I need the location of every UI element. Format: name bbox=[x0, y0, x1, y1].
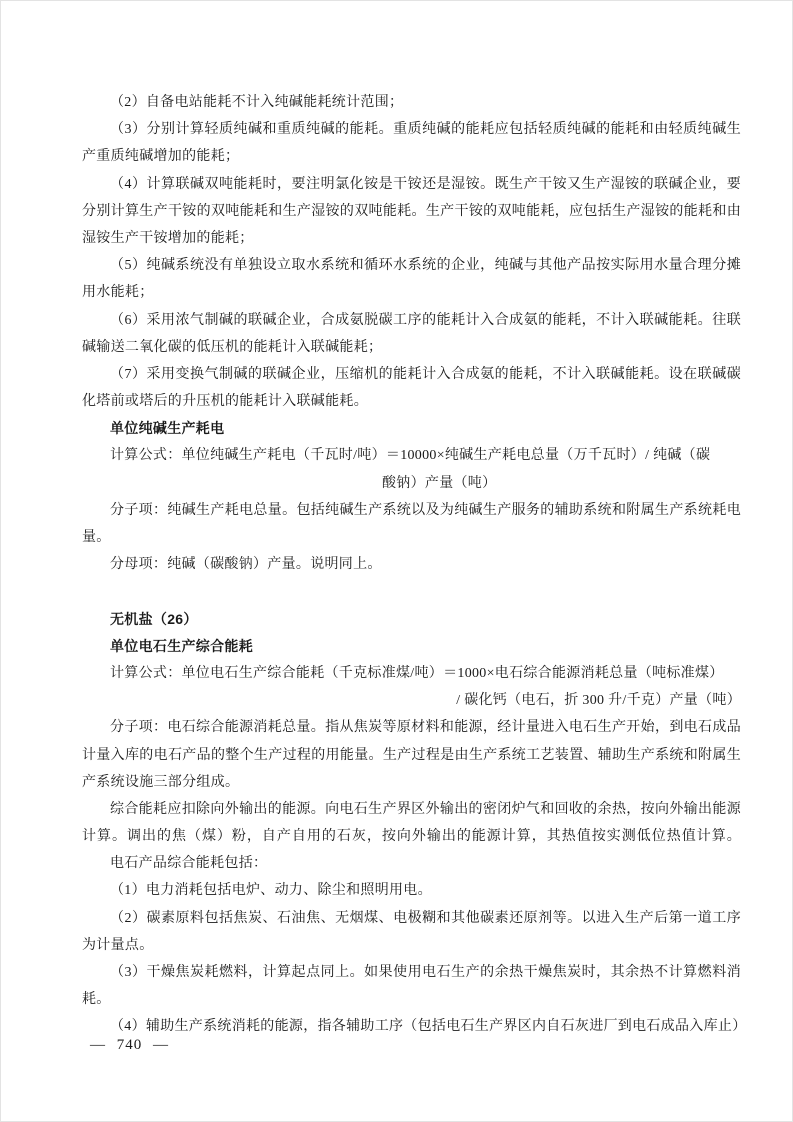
blank-line bbox=[82, 578, 741, 605]
text-line: （5）纯碱系统没有单独设立取水系统和循环水系统的企业，纯碱与其他产品按实际用水量… bbox=[82, 252, 741, 279]
text-line: 耗。 bbox=[82, 986, 741, 1013]
text-line: 产重质纯碱增加的能耗； bbox=[82, 143, 741, 170]
text-line: 计算公式：单位电石生产综合能耗（千克标准煤/吨）＝1000×电石综合能源消耗总量… bbox=[82, 660, 741, 687]
text-line: 分别计算生产干铵的双吨能耗和生产湿铵的双吨能耗。生产干铵的双吨能耗，应包括生产湿… bbox=[82, 198, 741, 225]
text-line: 计量入库的电石产品的整个生产过程的用能量。生产过程是由生产系统工艺装置、辅助生产… bbox=[82, 742, 741, 769]
text-line: 分母项：纯碱（碳酸钠）产量。说明同上。 bbox=[82, 551, 741, 578]
text-line: 综合能耗应扣除向外输出的能源。向电石生产界区外输出的密闭炉气和回收的余热，按向外… bbox=[82, 796, 741, 823]
text-line: 用水能耗； bbox=[82, 279, 741, 306]
section-heading: 无机盐（26） bbox=[82, 606, 741, 633]
text-line: 湿铵生产干铵增加的能耗； bbox=[82, 225, 741, 252]
text-line: （4）辅助生产系统消耗的能源，指各辅助工序（包括电石生产界区内自石灰进厂到电石成… bbox=[82, 1013, 741, 1040]
text-line: / 碳化钙（电石，折 300 升/千克）产量（吨） bbox=[82, 687, 741, 714]
document-page: （2）自备电站能耗不计入纯碱能耗统计范围；（3）分别计算轻质纯碱和重质纯碱的能耗… bbox=[0, 0, 793, 1122]
text-line: （3）干燥焦炭耗燃料，计算起点同上。如果使用电石生产的余热干燥焦炭时，其余热不计… bbox=[82, 959, 741, 986]
section-heading: 单位纯碱生产耗电 bbox=[82, 415, 741, 442]
text-line: 计算公式：单位纯碱生产耗电（千瓦时/吨）＝10000×纯碱生产耗电总量（万千瓦时… bbox=[82, 442, 741, 469]
text-line: 酸钠）产量（吨） bbox=[82, 470, 741, 497]
text-line: 产系统设施三部分组成。 bbox=[82, 769, 741, 796]
text-line: 量。 bbox=[82, 524, 741, 551]
text-line: 电石产品综合能耗包括： bbox=[82, 850, 741, 877]
text-line: 分子项：电石综合能源消耗总量。指从焦炭等原材料和能源，经计量进入电石生产开始，到… bbox=[82, 714, 741, 741]
text-line: 为计量点。 bbox=[82, 932, 741, 959]
text-line: （3）分别计算轻质纯碱和重质纯碱的能耗。重质纯碱的能耗应包括轻质纯碱的能耗和由轻… bbox=[82, 116, 741, 143]
text-line: （4）计算联碱双吨能耗时，要注明氯化铵是干铵还是湿铵。既生产干铵又生产湿铵的联碱… bbox=[82, 171, 741, 198]
text-line: 分子项：纯碱生产耗电总量。包括纯碱生产系统以及为纯碱生产服务的辅助系统和附属生产… bbox=[82, 497, 741, 524]
text-line: （2）自备电站能耗不计入纯碱能耗统计范围； bbox=[82, 89, 741, 116]
text-line: （1）电力消耗包括电炉、动力、除尘和照明用电。 bbox=[82, 877, 741, 904]
text-line: （2）碳素原料包括焦炭、石油焦、无烟煤、电极糊和其他碳素还原剂等。以进入生产后第… bbox=[82, 905, 741, 932]
text-line: （7）采用变换气制碱的联碱企业，压缩机的能耗计入合成氨的能耗，不计入联碱能耗。设… bbox=[82, 361, 741, 388]
text-line: 计算。调出的焦（煤）粉，自产自用的石灰，按向外输出的能源计算，其热值按实测低位热… bbox=[82, 823, 741, 850]
section-heading: 单位电石生产综合能耗 bbox=[82, 633, 741, 660]
page-number: — 740 — bbox=[90, 1037, 169, 1054]
text-line: 化塔前或塔后的升压机的能耗计入联碱能耗。 bbox=[82, 388, 741, 415]
text-line: 碱输送二氧化碳的低压机的能耗计入联碱能耗； bbox=[82, 334, 741, 361]
document-body: （2）自备电站能耗不计入纯碱能耗统计范围；（3）分别计算轻质纯碱和重质纯碱的能耗… bbox=[82, 89, 741, 1041]
text-line: （6）采用浓气制碱的联碱企业，合成氨脱碳工序的能耗计入合成氨的能耗，不计入联碱能… bbox=[82, 307, 741, 334]
